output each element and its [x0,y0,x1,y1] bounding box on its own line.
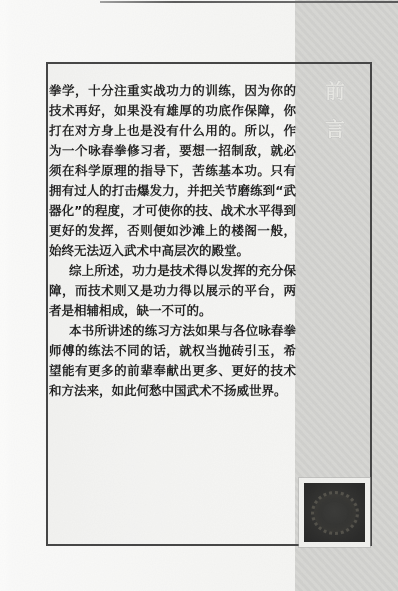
paragraph: 本书所讲述的练习方法如果与各位咏春拳师傅的练法不同的话，就权当抛砖引玉，希望能有… [49,321,296,401]
seal-emblem-circle-icon [311,491,359,535]
chapter-title-char: 言 [325,118,345,140]
seal-stamp-frame [299,478,370,547]
scan-edge-line [100,1,398,3]
chapter-title-vertical: 前 言 [322,80,348,140]
paragraph: 综上所述，功力是技术得以发挥的充分保障，而技术则又是功力得以展示的平台，两者是相… [49,261,296,321]
chapter-title-char: 前 [325,80,345,102]
body-text: 拳学，十分注重实战功力的训练，因为你的技术再好，如果没有雄厚的功底作保障，你打在… [49,81,296,401]
paragraph: 拳学，十分注重实战功力的训练，因为你的技术再好，如果没有雄厚的功底作保障，你打在… [49,81,296,261]
seal-stamp-icon [304,483,365,542]
